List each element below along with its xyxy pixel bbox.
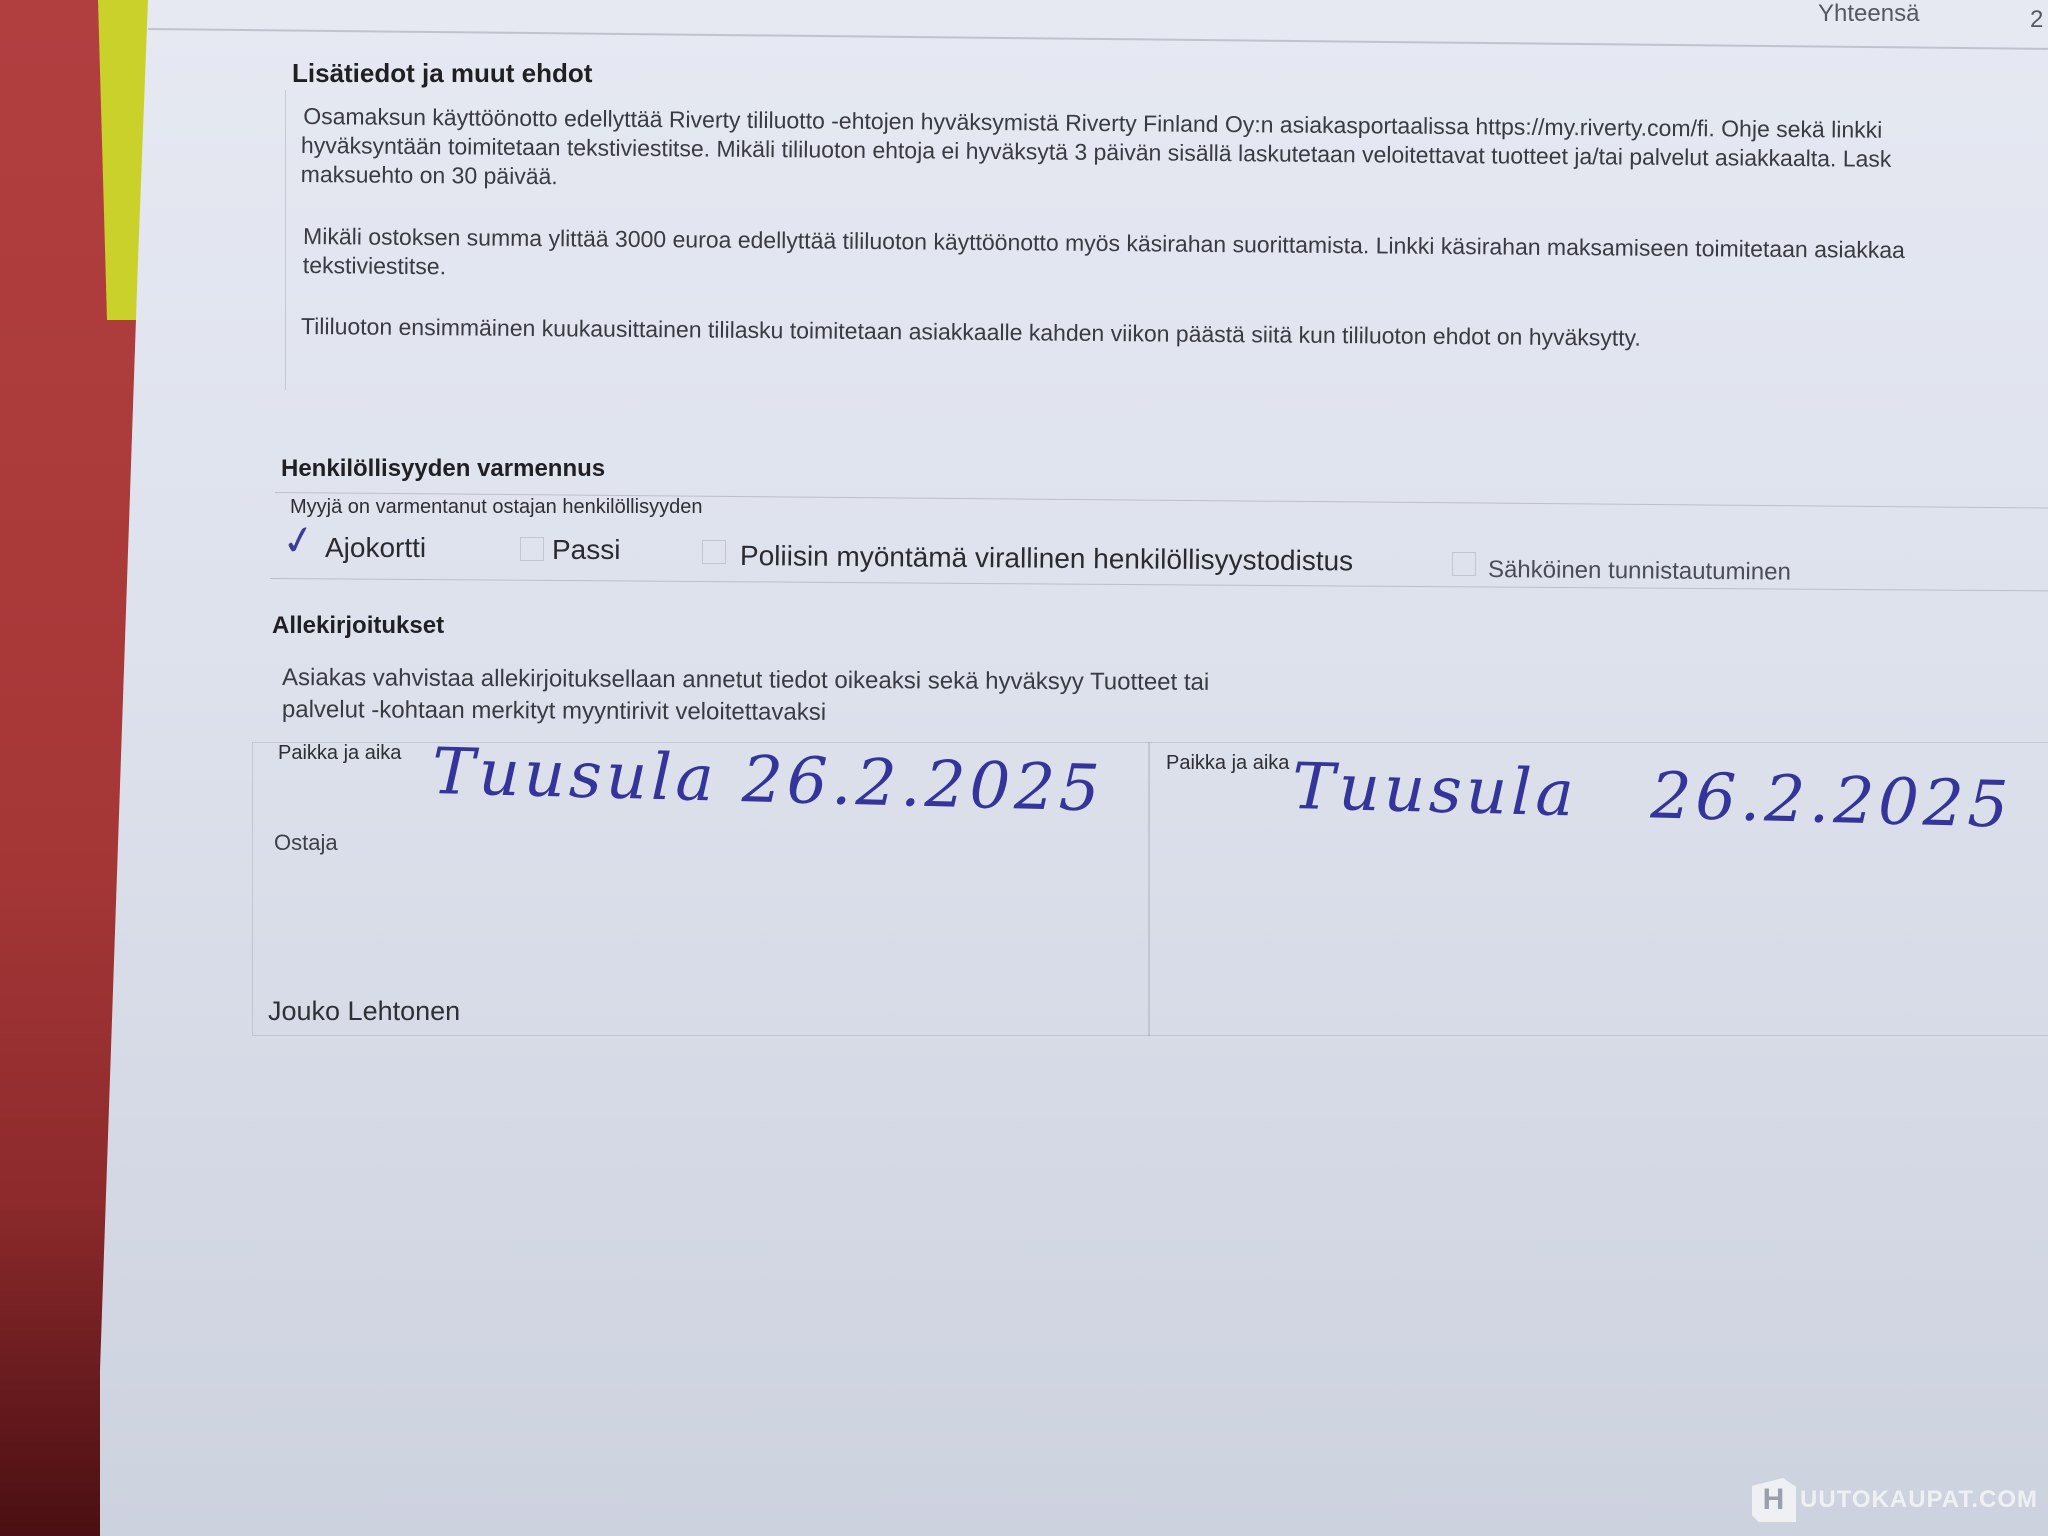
id-option-passi[interactable]: Passi	[552, 534, 620, 566]
total-label: Yhteensä	[1818, 0, 1919, 28]
id-option-poliisi[interactable]: Poliisin myöntämä virallinen henkilöllis…	[740, 540, 1353, 577]
identity-subheading: Myyjä on varmentanut ostajan henkilöllis…	[290, 496, 702, 519]
statement-line2: palvelut -kohtaan merkityt myyntirivit v…	[282, 694, 1209, 731]
identity-heading: Henkilöllisyyden varmennus	[281, 455, 605, 483]
statement-line1: Asiakas vahvistaa allekirjoituksellaan a…	[282, 662, 1209, 699]
watermark-text: UUTOKAUPAT.COM	[1800, 1486, 2038, 1514]
id-option-sahkoinen[interactable]: Sähköinen tunnistautuminen	[1488, 556, 1791, 587]
buyer-name: Jouko Lehtonen	[268, 996, 460, 1027]
signatures-statement: Asiakas vahvistaa allekirjoituksellaan a…	[282, 662, 1209, 731]
additional-terms-heading: Lisätiedot ja muut ehdot	[292, 58, 592, 89]
checkbox-sahkoinen[interactable]	[1452, 552, 1476, 576]
watermark: H UUTOKAUPAT.COM	[1752, 1478, 2038, 1522]
buyer-place-time-label: Paikka ja aika	[278, 742, 401, 765]
huutokaupat-logo-icon: H	[1752, 1478, 1796, 1522]
seller-place-time-label: Paikka ja aika	[1166, 752, 1289, 775]
checkbox-poliisi[interactable]	[702, 540, 726, 564]
signatures-heading: Allekirjoitukset	[272, 612, 444, 640]
id-option-ajokortti[interactable]: Ajokortti	[325, 532, 426, 564]
total-value: 2	[2030, 6, 2043, 34]
terms-paragraph-1: Osamaksun käyttöönotto edellyttää Rivert…	[303, 102, 1892, 203]
buyer-role-label: Ostaja	[274, 830, 338, 856]
checkbox-passi[interactable]	[520, 537, 544, 561]
